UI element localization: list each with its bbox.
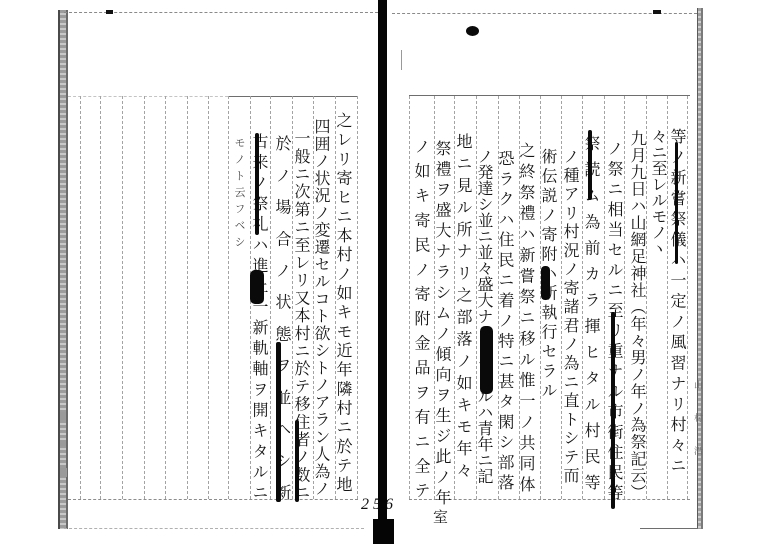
ink-blot xyxy=(250,270,264,304)
deletion-stroke xyxy=(588,130,592,200)
deletion-stroke xyxy=(675,142,678,264)
left-ruled-top-line xyxy=(228,96,358,97)
right-column-12: 祭禮ヲ盛大ナラシムノ傾向ヲ生ジ此ノ年 xyxy=(432,140,452,505)
right-column-9: 恐ラクハ住民ニ着ノ特ニ甚タ閑シ部落 xyxy=(495,150,515,490)
right-column-10: ノ発達シ並ニ並々盛大ナリトナレルハ青年ニ記 xyxy=(474,148,494,483)
ink-speck xyxy=(106,10,113,14)
left-rule-line xyxy=(144,96,145,499)
left-ruled-bottom-line xyxy=(68,499,358,500)
left-page-binding-edge xyxy=(58,10,68,529)
left-rule-line xyxy=(80,96,81,499)
left-column-2: 四囲ノ状況ノ変遷セルコト欲シトノアラン人為ノ xyxy=(311,118,331,496)
left-column-5: 古来ノ祭礼ハ進上一新軌軸ヲ開キタルニ xyxy=(249,133,269,500)
ink-blot xyxy=(480,326,493,394)
left-column-1: 之レリ寄ヒニ本村ノ如キモ近年隣村ニ於テ地 xyxy=(333,112,353,492)
left-rule-line xyxy=(100,96,101,499)
left-page-bottom-edge xyxy=(64,528,364,529)
deletion-stroke xyxy=(276,342,281,502)
margin-annotation: 山村沿 xyxy=(692,380,704,455)
below-rule-note: 室 xyxy=(433,506,448,527)
left-rule-line xyxy=(270,96,271,499)
left-rule-line xyxy=(187,96,188,499)
right-page-bottom-edge xyxy=(640,528,698,529)
edge-smudge xyxy=(60,412,66,420)
right-column-13: ノ如キ寄民ノ寄附金品ヲ有ニ全テ xyxy=(411,138,431,498)
right-column-6: ノ種アリ村況ノ寄諸君ノ為ニ直トシテ而 xyxy=(560,148,580,483)
edge-smudge xyxy=(60,440,66,446)
right-column-2: 々ニ至レルモノヽ如シ xyxy=(648,128,668,253)
right-ruled-top-line xyxy=(409,95,690,96)
left-column-6: モノト云フベシ xyxy=(229,137,249,247)
deletion-stroke xyxy=(295,420,299,502)
page-edge-mark xyxy=(401,50,402,70)
ink-speck xyxy=(653,10,661,14)
right-rule-line xyxy=(687,96,688,499)
left-rule-line xyxy=(165,96,166,499)
left-ruled-top-line-faint xyxy=(68,96,228,97)
manuscript-spread: 之レリ寄ヒニ本村ノ如キモ近年隣村ニ於テ地 四囲ノ状況ノ変遷セルコト欲シトノアラン… xyxy=(0,0,768,544)
right-column-8: 之終祭禮ハ新嘗祭ニ移ル惟一ノ共同体 xyxy=(516,142,536,492)
left-column-3: 一般ニ次第ニ至レリ又本村ニ於テ移住者ノ数ニ xyxy=(291,130,311,500)
right-column-11: 地ニ見ル所ナリ之部落ノ如キモ年々 xyxy=(453,133,473,478)
binding-spine xyxy=(378,0,387,522)
ink-blot xyxy=(466,26,479,36)
deletion-stroke xyxy=(611,312,615,509)
left-rule-line xyxy=(357,96,358,499)
right-column-3: 九月九日ハ山網足神社（年々男ノ年ノ為祭記云） xyxy=(627,130,647,500)
edge-smudge xyxy=(60,468,67,477)
right-rule-line xyxy=(624,96,625,499)
right-page-top-edge xyxy=(392,13,697,14)
left-rule-line xyxy=(122,96,123,499)
ink-blot xyxy=(541,266,550,300)
right-rule-line xyxy=(409,96,410,499)
binding-spine-foot xyxy=(373,519,394,544)
left-column-4: 於ノ場合ノ状態ヲ並ヘシ新 xyxy=(272,135,292,500)
deletion-stroke xyxy=(255,133,259,235)
left-rule-line xyxy=(208,96,209,499)
